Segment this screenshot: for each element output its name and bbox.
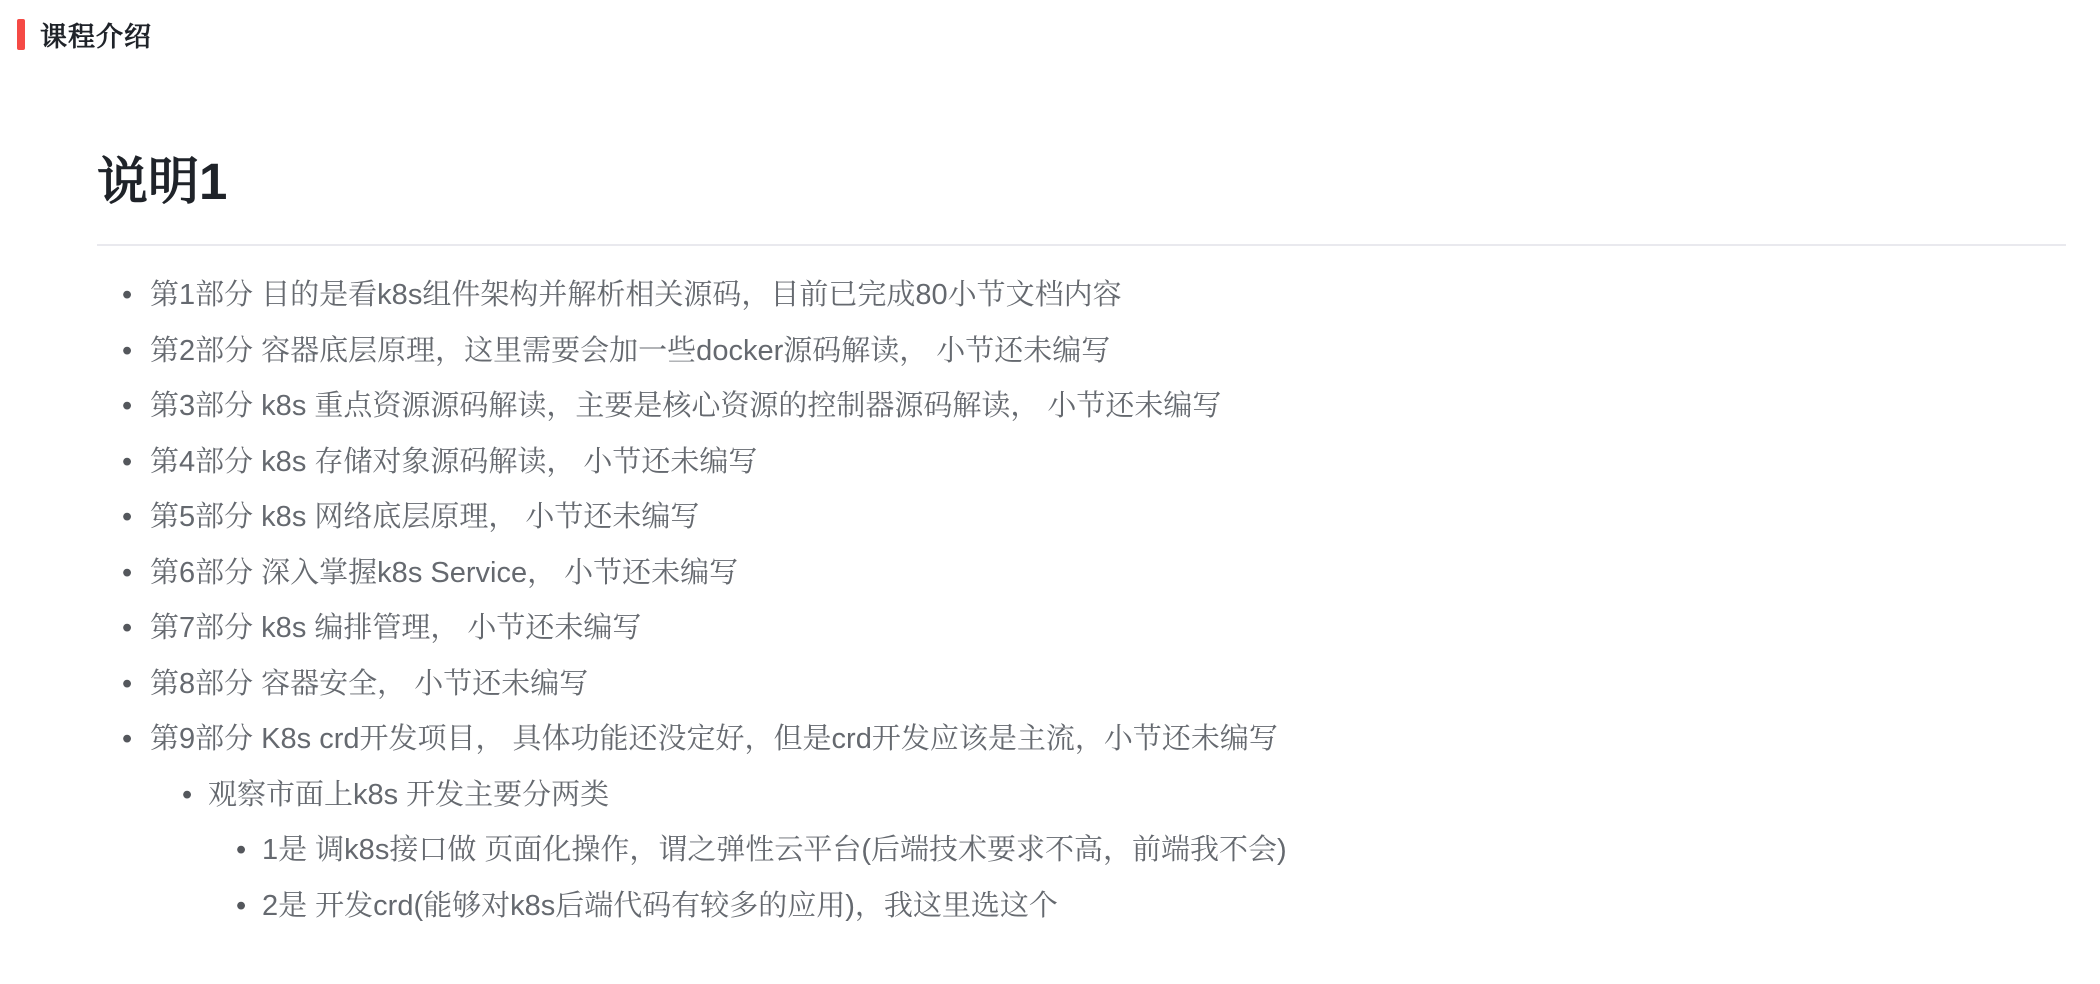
bullet-icon: • [122, 268, 132, 324]
list-item: •第1部分 目的是看k8s组件架构并解析相关源码，目前已完成80小节文档内容 [97, 268, 2066, 324]
doc-list: •第1部分 目的是看k8s组件架构并解析相关源码，目前已完成80小节文档内容•第… [97, 268, 2066, 934]
bullet-icon: • [122, 601, 132, 657]
bullet-icon: • [122, 657, 132, 713]
list-item: •第2部分 容器底层原理，这里需要会加一些docker源码解读， 小节还未编写 [97, 324, 2066, 380]
list-item-text: 第9部分 K8s crd开发项目， 具体功能还没定好，但是crd开发应该是主流，… [150, 723, 1278, 755]
document-title: 说明1 [97, 152, 2066, 246]
list-item-text: 第2部分 容器底层原理，这里需要会加一些docker源码解读， 小节还未编写 [150, 335, 1110, 367]
list-item: •观察市面上k8s 开发主要分两类 [97, 768, 2066, 824]
bullet-icon: • [122, 490, 132, 546]
list-item: •第6部分 深入掌握k8s Service， 小节还未编写 [97, 546, 2066, 602]
list-item-text: 第4部分 k8s 存储对象源码解读， 小节还未编写 [150, 446, 757, 478]
list-item-text: 第6部分 深入掌握k8s Service， 小节还未编写 [150, 557, 738, 589]
list-item-text: 第5部分 k8s 网络底层原理， 小节还未编写 [150, 501, 699, 533]
list-item-text: 第3部分 k8s 重点资源源码解读，主要是核心资源的控制器源码解读， 小节还未编… [150, 390, 1221, 422]
list-item: •第8部分 容器安全， 小节还未编写 [97, 657, 2066, 713]
list-item-text: 第1部分 目的是看k8s组件架构并解析相关源码，目前已完成80小节文档内容 [150, 279, 1122, 311]
list-item: •第4部分 k8s 存储对象源码解读， 小节还未编写 [97, 435, 2066, 491]
list-item-text: 观察市面上k8s 开发主要分两类 [208, 779, 609, 811]
bullet-icon: • [122, 379, 132, 435]
list-item-text: 1是 调k8s接口做 页面化操作，谓之弹性云平台(后端技术要求不高，前端我不会) [262, 834, 1287, 866]
document-body: 说明1 •第1部分 目的是看k8s组件架构并解析相关源码，目前已完成80小节文档… [97, 152, 2066, 934]
bullet-icon: • [122, 435, 132, 491]
list-item-text: 2是 开发crd(能够对k8s后端代码有较多的应用)，我这里选这个 [262, 890, 1058, 922]
bullet-icon: • [182, 768, 192, 824]
section-header: 课程介绍 [0, 0, 2100, 52]
list-item: •第9部分 K8s crd开发项目， 具体功能还没定好，但是crd开发应该是主流… [97, 712, 2066, 768]
list-item: •第3部分 k8s 重点资源源码解读，主要是核心资源的控制器源码解读， 小节还未… [97, 379, 2066, 435]
red-accent-bar-icon [17, 19, 25, 50]
list-item: •1是 调k8s接口做 页面化操作，谓之弹性云平台(后端技术要求不高，前端我不会… [97, 823, 2066, 879]
bullet-icon: • [236, 823, 246, 879]
list-item: •第5部分 k8s 网络底层原理， 小节还未编写 [97, 490, 2066, 546]
bullet-icon: • [236, 879, 246, 935]
list-item-text: 第7部分 k8s 编排管理， 小节还未编写 [150, 612, 641, 644]
list-item: •2是 开发crd(能够对k8s后端代码有较多的应用)，我这里选这个 [97, 879, 2066, 935]
section-title: 课程介绍 [40, 15, 152, 54]
bullet-icon: • [122, 546, 132, 602]
page: 课程介绍 说明1 •第1部分 目的是看k8s组件架构并解析相关源码，目前已完成8… [0, 0, 2100, 934]
bullet-icon: • [122, 324, 132, 380]
list-item: •第7部分 k8s 编排管理， 小节还未编写 [97, 601, 2066, 657]
list-item-text: 第8部分 容器安全， 小节还未编写 [150, 668, 588, 700]
bullet-icon: • [122, 712, 132, 768]
